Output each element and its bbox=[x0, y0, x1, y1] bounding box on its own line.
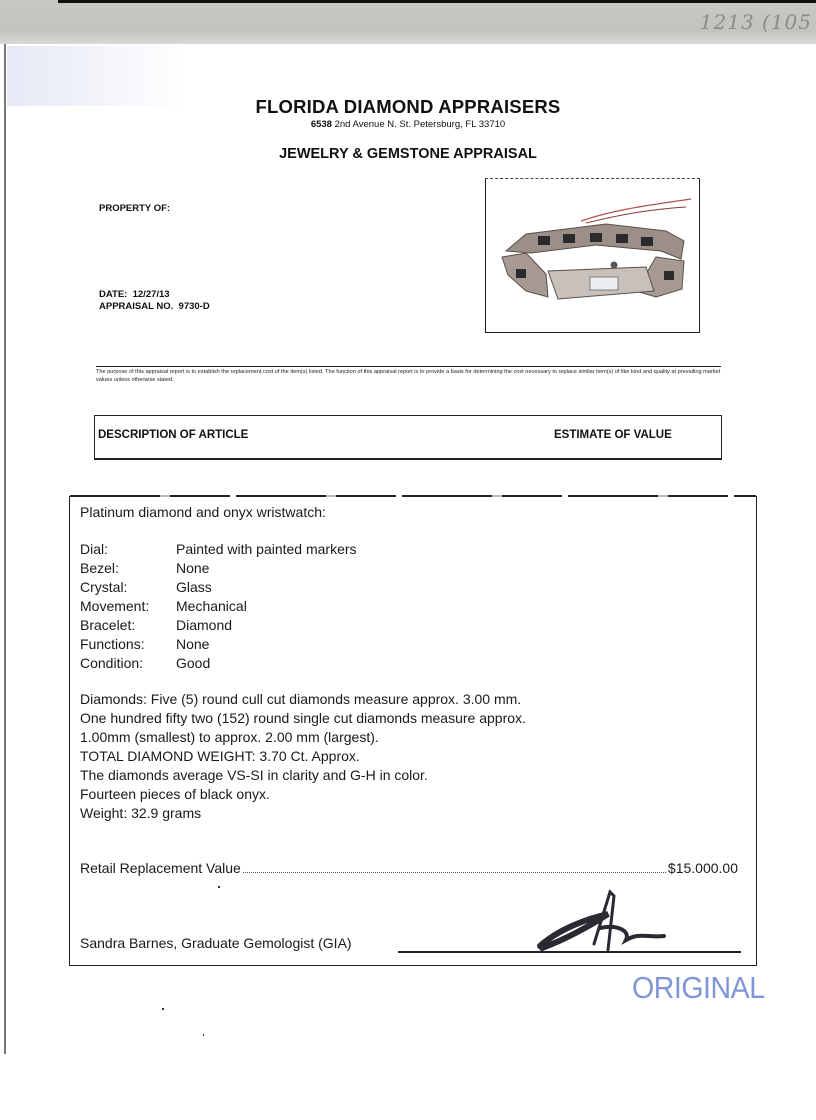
spec-list: Dial: Painted with painted markers Bezel… bbox=[80, 540, 357, 673]
appraisal-number-label: APPRAISAL NO. bbox=[99, 301, 173, 312]
note-line: Weight: 32.9 grams bbox=[80, 804, 526, 823]
spec-value: Mechanical bbox=[176, 597, 247, 616]
spec-row-bezel: Bezel: None bbox=[80, 559, 357, 578]
spec-value: Diamond bbox=[176, 616, 232, 635]
spec-row-crystal: Crystal: Glass bbox=[80, 578, 357, 597]
scan-speck bbox=[203, 1034, 204, 1036]
signature-icon bbox=[530, 888, 670, 954]
article-title: Platinum diamond and onyx wristwatch: bbox=[80, 503, 326, 522]
note-line: The diamonds average VS-SI in clarity an… bbox=[80, 766, 526, 785]
note-line: Diamonds: Five (5) round cull cut diamon… bbox=[80, 690, 526, 709]
estimate-of-value-header: ESTIMATE OF VALUE bbox=[554, 429, 672, 441]
spec-row-condition: Condition: Good bbox=[80, 654, 357, 673]
spec-row-movement: Movement: Mechanical bbox=[80, 597, 357, 616]
replacement-value-line: Retail Replacement Value $15.000.00 bbox=[80, 860, 738, 876]
scan-speck bbox=[162, 1008, 164, 1010]
original-stamp: ORIGINAL bbox=[632, 970, 765, 1006]
purpose-divider bbox=[96, 366, 721, 367]
spec-label: Condition: bbox=[80, 654, 176, 673]
scan-edge bbox=[58, 0, 816, 3]
diamond-notes: Diamonds: Five (5) round cull cut diamon… bbox=[80, 690, 526, 823]
spec-label: Crystal: bbox=[80, 578, 176, 597]
appraisal-number-field: APPRAISAL NO. 9730-D bbox=[99, 301, 210, 312]
date-value: 12/27/13 bbox=[133, 289, 170, 300]
note-line: One hundred fifty two (152) round single… bbox=[80, 709, 526, 728]
note-line: TOTAL DIAMOND WEIGHT: 3.70 Ct. Approx. bbox=[80, 747, 526, 766]
address-number: 6538 bbox=[311, 119, 332, 130]
dot-leader bbox=[243, 862, 666, 873]
signer-name: Sandra Barnes, Graduate Gemologist (GIA) bbox=[80, 935, 352, 951]
purpose-statement: The purpose of this appraisal report is … bbox=[96, 368, 726, 384]
document-title: JEWELRY & GEMSTONE APPRAISAL bbox=[0, 146, 816, 162]
spec-label: Bezel: bbox=[80, 559, 176, 578]
property-of-text: PROPERTY OF: bbox=[99, 203, 170, 214]
spec-value: None bbox=[176, 559, 209, 578]
spec-label: Movement: bbox=[80, 597, 176, 616]
spec-row-dial: Dial: Painted with painted markers bbox=[80, 540, 357, 559]
appraisal-number-value: 9730-D bbox=[179, 301, 210, 312]
replacement-value-amount: $15.000.00 bbox=[668, 860, 738, 876]
spec-row-functions: Functions: None bbox=[80, 635, 357, 654]
spec-label: Bracelet: bbox=[80, 616, 176, 635]
spec-row-bracelet: Bracelet: Diamond bbox=[80, 616, 357, 635]
spec-value: Painted with painted markers bbox=[176, 540, 357, 559]
scan-left-edge bbox=[4, 44, 6, 1054]
box-top-border bbox=[70, 495, 756, 497]
date-field: DATE: 12/27/13 bbox=[99, 289, 170, 300]
spec-value: Good bbox=[176, 654, 210, 673]
spec-label: Dial: bbox=[80, 540, 176, 559]
description-of-article-header: DESCRIPTION OF ARTICLE bbox=[98, 429, 248, 441]
property-of-label: PROPERTY OF: bbox=[99, 203, 170, 214]
company-address: 6538 2nd Avenue N. St. Petersburg, FL 33… bbox=[0, 119, 816, 130]
company-name: FLORIDA DIAMOND APPRAISERS bbox=[0, 96, 816, 118]
spec-value: Glass bbox=[176, 578, 212, 597]
wristwatch-photo-icon bbox=[486, 179, 699, 332]
spec-label: Functions: bbox=[80, 635, 176, 654]
note-line: Fourteen pieces of black onyx. bbox=[80, 785, 526, 804]
spec-value: None bbox=[176, 635, 209, 654]
scan-speck bbox=[218, 886, 220, 888]
note-line: 1.00mm (smallest) to approx. 2.00 mm (la… bbox=[80, 728, 526, 747]
date-label: DATE: bbox=[99, 289, 127, 300]
handwritten-note: 1213 (105 bbox=[700, 10, 812, 34]
address-street: 2nd Avenue N. St. Petersburg, FL 33710 bbox=[335, 119, 506, 130]
item-photo-frame bbox=[485, 178, 700, 333]
scanner-top-strip: 1213 (105 bbox=[0, 0, 816, 44]
replacement-value-label: Retail Replacement Value bbox=[80, 860, 241, 876]
